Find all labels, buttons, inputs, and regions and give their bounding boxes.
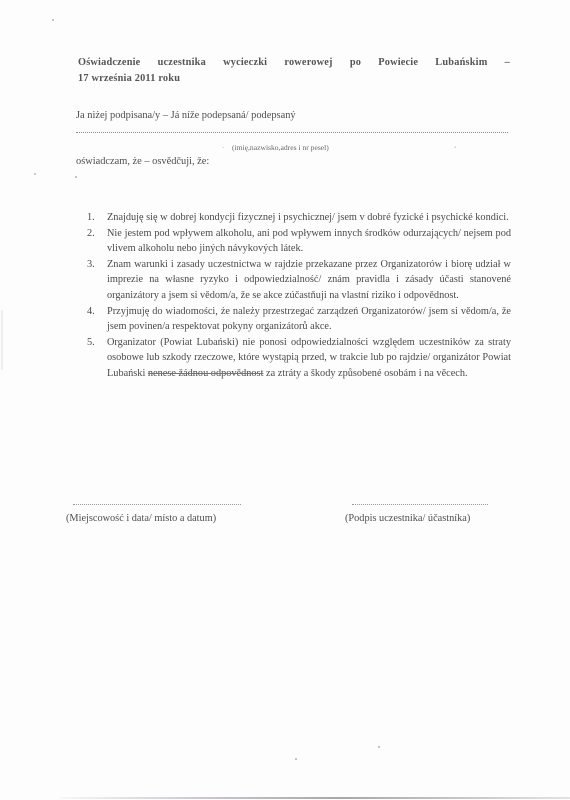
scan-speck (295, 758, 297, 760)
item-number: 1. (87, 210, 103, 226)
scan-edge-shadow (1, 310, 3, 370)
list-item: 5. Organizator (Powiat Lubański) nie pon… (87, 335, 511, 382)
scan-speck (34, 173, 36, 175)
declaration-lead: oświadczam, że – osvědčuji, že: (76, 156, 209, 167)
scan-mark: ‘ (454, 145, 456, 153)
item-text: Nie jestem pod wpływem alkoholu, ani pod… (107, 228, 511, 255)
item-number: 5. (87, 335, 103, 351)
title-word: Lubańskim (435, 57, 487, 68)
item-text: Przyjmuję do wiadomości, że należy przes… (107, 306, 511, 333)
scan-bottom-edge (60, 797, 570, 799)
title-word: Oświadczenie (78, 57, 140, 68)
statement-list: 1. Znajduję się w dobrej kondycji fizycz… (87, 210, 511, 382)
signature-caption: (Podpis uczestnika/ účastníka) (345, 513, 470, 524)
scanned-document-page: Oświadczenie uczestnika wycieczki rowero… (0, 0, 570, 800)
place-date-signature-field: (Miejscowość i data/ místo a datum) (66, 504, 241, 524)
scan-speck (75, 176, 77, 178)
item-number: 3. (87, 257, 103, 273)
item-text: Znajduję się w dobrej kondycji fizycznej… (107, 212, 509, 223)
scan-mark: · (222, 144, 224, 152)
name-fill-line (76, 132, 508, 133)
item-text: Znam warunki i zasady uczestnictwa w raj… (107, 259, 511, 301)
title-word: rowerowej (284, 57, 332, 68)
item-number: 4. (87, 304, 103, 320)
title-word: po (350, 57, 361, 68)
scan-speck (378, 746, 380, 748)
list-item: 1. Znajduję się w dobrej kondycji fizycz… (87, 210, 511, 226)
item-number: 2. (87, 226, 103, 242)
document-title-date: 17 września 2011 roku (78, 71, 180, 87)
title-word: wycieczki (223, 57, 267, 68)
document-title: Oświadczenie uczestnika wycieczki rowero… (78, 55, 510, 71)
place-date-fill-line (73, 504, 241, 505)
participant-signature-field: (Podpis uczestnika/ účastníka) (345, 504, 488, 524)
intro-text: Ja niżej podpisana/y – Já níže podepsaná… (76, 110, 296, 121)
place-date-caption: (Miejscowość i data/ místo a datum) (66, 513, 216, 524)
signature-fill-line (352, 504, 488, 505)
title-word: – (505, 57, 510, 68)
struck-text: nenese žádnou odpovědnost (148, 368, 264, 379)
title-word: Powiecie (378, 57, 418, 68)
list-item: 4. Przyjmuję do wiadomości, że należy pr… (87, 304, 511, 335)
title-word: uczestnika (158, 57, 206, 68)
list-item: 3. Znam warunki i zasady uczestnictwa w … (87, 257, 511, 304)
item-text: za ztráty a škody způsobené osobám i na … (263, 368, 467, 379)
list-item: 2. Nie jestem pod wpływem alkoholu, ani … (87, 226, 511, 257)
fill-line-caption: (imię,nazwisko,adres i nr pesel) (232, 143, 329, 152)
scan-speck (52, 19, 54, 21)
